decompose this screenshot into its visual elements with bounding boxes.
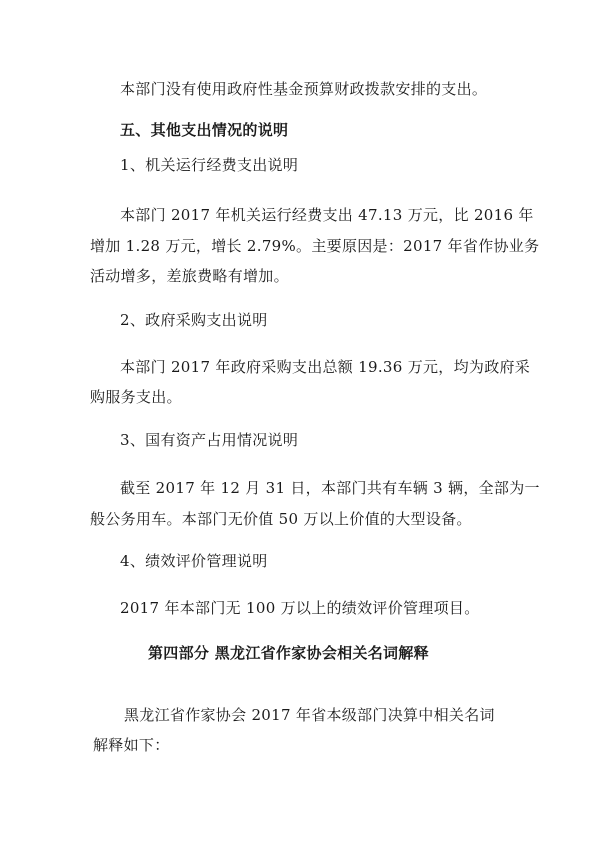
part-four-heading: 第四部分 黑龙江省作家协会相关名词解释	[148, 644, 429, 662]
paragraph-procurement-line-1: 本部门 2017 年政府采购支出总额 19.36 万元，均为政府采	[120, 358, 530, 376]
paragraph-government-fund: 本部门没有使用政府性基金预算财政拨款安排的支出。	[120, 80, 487, 98]
paragraph-operating-expenses-line-3: 活动增多，差旅费略有增加。	[90, 267, 289, 285]
paragraph-terms-line-2: 解释如下：	[93, 736, 170, 754]
subheading-government-procurement: 2、政府采购支出说明	[120, 311, 268, 329]
subheading-operating-expenses: 1、机关运行经费支出说明	[120, 156, 298, 174]
paragraph-terms-line-1: 黑龙江省作家协会 2017 年省本级部门决算中相关名词	[124, 706, 495, 724]
subheading-performance-evaluation: 4、绩效评价管理说明	[120, 552, 268, 570]
paragraph-state-assets-line-2: 般公务用车。本部门无价值 50 万以上价值的大型设备。	[90, 510, 472, 528]
paragraph-operating-expenses-line-1: 本部门 2017 年机关运行经费支出 47.13 万元，比 2016 年	[120, 206, 534, 224]
paragraph-procurement-line-2: 购服务支出。	[90, 388, 182, 406]
paragraph-operating-expenses-line-2: 增加 1.28 万元，增长 2.79%。主要原因是：2017 年省作协业务	[90, 237, 539, 255]
subheading-state-assets: 3、国有资产占用情况说明	[120, 431, 298, 449]
paragraph-performance-evaluation: 2017 年本部门无 100 万以上的绩效评价管理项目。	[120, 599, 480, 617]
paragraph-state-assets-line-1: 截至 2017 年 12 月 31 日，本部门共有车辆 3 辆，全部为一	[120, 479, 540, 497]
section-heading-other-expenditure: 五、其他支出情况的说明	[120, 121, 288, 139]
